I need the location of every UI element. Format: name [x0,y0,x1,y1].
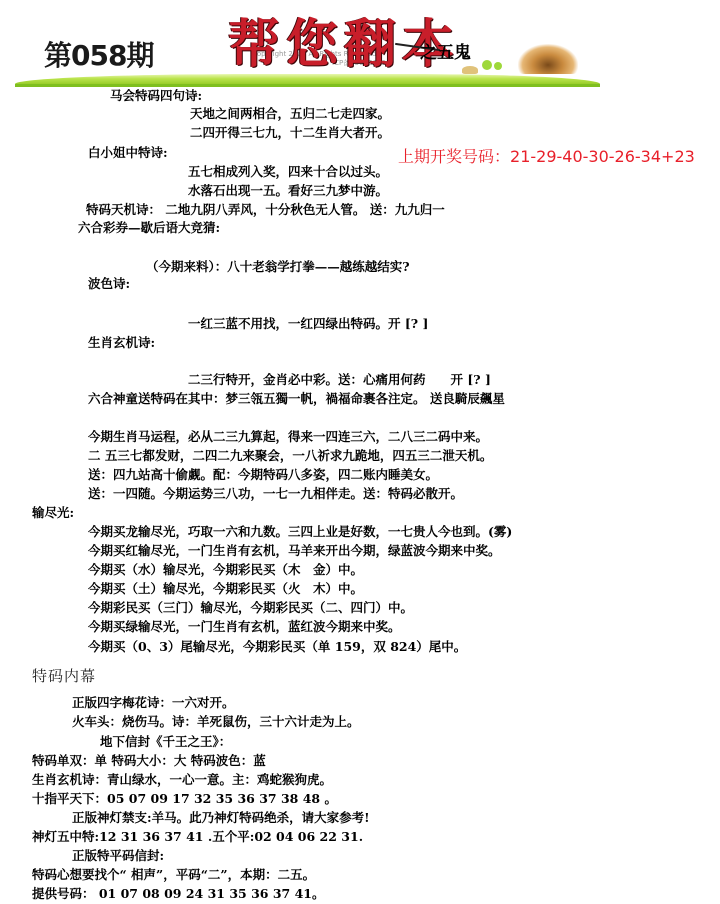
shengxiao-title: 生肖玄机诗: [88,335,155,351]
bose-line: 一红三蓝不用找，一红四绿出特码。开 [? ] [188,316,428,332]
shujinguang-line: 今期买（土）输尽光，今期彩民买（火 木）中。 [88,581,363,597]
bush-icon [494,62,502,70]
bai-title: 白小姐中特诗: [88,145,168,161]
tepingma-title: 正版特平码信封: [72,848,164,864]
shizhi-line: 十指平天下：05 07 09 17 32 35 36 37 38 48 。 [32,791,337,807]
bai-line: 水落石出现一五。看好三九梦中游。 [188,183,388,199]
rock-icon [462,66,478,74]
xuanji-line: 生肖玄机诗：青山绿水，一心一意。主：鸡蛇猴狗虎。 [32,772,332,788]
mascot-icon [518,44,578,74]
yuncheng-line: 送：一四随。今期运势三八功，一七一九相伴走。送：特码必散开。 [88,486,463,502]
meihua-poem: 正版四字梅花诗：一六对开。 [72,695,235,711]
xinfeng-title: 地下信封《千王之王》： [100,734,231,750]
brand-subtitle: 之五鬼 [420,38,471,63]
issue-number: 第058期 [44,34,153,74]
last-draw-numbers: 21-29-40-30-26-34+23 [510,147,695,166]
mahui-line: 二四开得三七九，十二生肖大者开。 [190,125,390,141]
shujinguang-line: 今期买（水）输尽光，今期彩民买（木 金）中。 [88,562,363,578]
header-banner: 第058期 Copyright 2003 All Rights Reserved… [0,0,720,88]
mahui-title: 马会特码四句诗: [110,88,202,104]
grass-edge-decoration [15,84,600,87]
shujinguang-line: 今期买龙输尽光，巧取一六和九数。三四上业是好数，一七贵人今也到。(雾) [88,524,512,540]
xiehouyu-line: （今期来料）：八十老翁学打拳——越练越结实? [146,259,410,275]
shendeng-jinzhi-line: 正版神灯禁支:羊马。此乃神灯特码绝杀，请大家参考! [72,810,370,826]
shengxiao-line: 二三行特开，金肖必中彩。送：心痛用何药 开 [? ] [188,372,491,388]
shujinguang-line: 今期买（0、3）尾输尽光，今期彩民买（单 159，双 824）尾中。 [88,639,466,655]
yuncheng-line: 送：四九站高十偷觑。配：今期特码八多姿，四二账内睡美女。 [88,467,438,483]
huochetou-line: 火车头：烧伤马。诗：羊死鼠伤，三十六计走为上。 [72,714,360,730]
shentong-line: 六合神童送特码在其中：梦三瓴五獨一帆，禍福命裹各注定。 送良騎辰飆星 [88,391,505,407]
xiehouyu-title: 六合彩券—歇后语大竞猜: [78,220,220,236]
yuncheng-line: 今期生肖马运程，必从二三九算起，得来一四连三六，二八三二码中来。 [88,429,488,445]
shendeng-wuzhong-line: 神灯五中特:12 31 36 37 41 .五个平:02 04 06 22 31… [32,829,363,845]
shujinguang-title: 输尽光: [32,505,74,521]
tigong-line: 提供号码： 01 07 08 09 24 31 35 36 37 41。 [32,886,324,902]
yuncheng-line: 二 五三七都发财，二四二九来聚会，一八祈求九跪地，四五三二泄天机。 [88,448,492,464]
bose-title: 波色诗: [88,276,130,292]
tianji-poem: 特码天机诗： 二地九阴八弄风，十分秋色无人管。 送：九九归一 [86,202,445,218]
mahui-line: 天地之间两相合，五归二七走四家。 [190,106,390,122]
neimu-title: 特码内幕 [32,665,96,686]
shujinguang-line: 今期买红输尽光，一门生肖有玄机，马羊来开出今期，绿蓝波今期来中奖。 [88,543,501,559]
shujinguang-line: 今期买绿输尽光，一门生肖有玄机，蓝红波今期来中奖。 [88,619,401,635]
shujinguang-line: 今期彩民买（三门）输尽光，今期彩民买（二、四门）中。 [88,600,413,616]
last-draw-label: 上期开奖号码： [398,147,510,166]
bush-icon [482,60,492,70]
last-draw-notice: 上期开奖号码：21-29-40-30-26-34+23 [398,144,695,167]
danshuang-line: 特码单双：单 特码大小：大 特码波色：蓝 [32,753,266,769]
bai-line: 五七相成列入奖，四来十合以过头。 [188,164,388,180]
xinxiang-line: 特码心想要找个“ 相声”，平码“二”，本期：二五。 [32,867,315,883]
